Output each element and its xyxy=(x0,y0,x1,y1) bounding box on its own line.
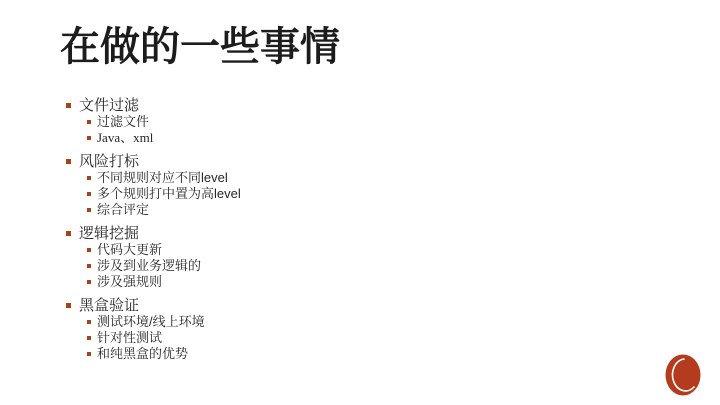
list-item-level2: 综合评定 xyxy=(87,202,241,218)
list-item-level1: 逻辑挖掘 xyxy=(66,225,241,242)
list-item-level2: 代码大更新 xyxy=(87,242,241,258)
list-item-text: 文件过滤 xyxy=(79,97,139,114)
list-item-level2: Java、xml xyxy=(87,130,241,146)
list-item-level2: 涉及到业务逻辑的 xyxy=(87,258,241,274)
square-bullet-icon xyxy=(66,159,71,164)
list-item-text: 逻辑挖掘 xyxy=(79,225,139,242)
list-item-level2: 不同规则对应不同level xyxy=(87,170,241,186)
list-item-text: 风险打标 xyxy=(79,153,139,170)
list-item-text: 和纯黑盒的优势 xyxy=(97,346,188,362)
slide-title: 在做的一些事情 xyxy=(60,25,340,69)
square-bullet-icon xyxy=(66,231,71,236)
list-item-text: 黑盒验证 xyxy=(79,297,139,314)
square-bullet-icon xyxy=(87,352,91,356)
square-bullet-icon xyxy=(87,176,91,180)
list-item-level2: 针对性测试 xyxy=(87,330,241,346)
list-item-level2: 涉及强规则 xyxy=(87,274,241,290)
square-bullet-icon xyxy=(87,280,91,284)
list-item-text: 涉及强规则 xyxy=(97,274,162,290)
square-bullet-icon xyxy=(87,264,91,268)
square-bullet-icon xyxy=(66,103,71,108)
square-bullet-icon xyxy=(87,136,91,140)
list-item-text: 不同规则对应不同level xyxy=(97,170,228,186)
list-item-text: 测试环境/线上环境 xyxy=(97,314,205,330)
list-item-text: 综合评定 xyxy=(97,202,149,218)
square-bullet-icon xyxy=(87,336,91,340)
list-item-text: 过滤文件 xyxy=(97,114,149,130)
list-item-text: 涉及到业务逻辑的 xyxy=(97,258,201,274)
square-bullet-icon xyxy=(87,120,91,124)
square-bullet-icon xyxy=(87,248,91,252)
presentation-slide: 在做的一些事情 文件过滤 过滤文件 Java、xml 风险打标 不同规则对应不同… xyxy=(0,0,720,405)
list-item-level1: 风险打标 xyxy=(66,153,241,170)
list-item-text: 针对性测试 xyxy=(97,330,162,346)
bullet-list: 文件过滤 过滤文件 Java、xml 风险打标 不同规则对应不同level 多个… xyxy=(66,97,241,362)
sketch-circle-icon xyxy=(664,353,702,397)
square-bullet-icon xyxy=(87,192,91,196)
square-bullet-icon xyxy=(87,320,91,324)
list-item-level2: 多个规则打中置为高level xyxy=(87,186,241,202)
list-item-text: Java、xml xyxy=(97,130,153,146)
square-bullet-icon xyxy=(66,303,71,308)
list-item-level2: 测试环境/线上环境 xyxy=(87,314,241,330)
list-item-level1: 文件过滤 xyxy=(66,97,241,114)
list-item-text: 代码大更新 xyxy=(97,242,162,258)
list-item-level2: 过滤文件 xyxy=(87,114,241,130)
list-item-level2: 和纯黑盒的优势 xyxy=(87,346,241,362)
list-item-level1: 黑盒验证 xyxy=(66,297,241,314)
list-item-text: 多个规则打中置为高level xyxy=(97,186,241,202)
square-bullet-icon xyxy=(87,208,91,212)
